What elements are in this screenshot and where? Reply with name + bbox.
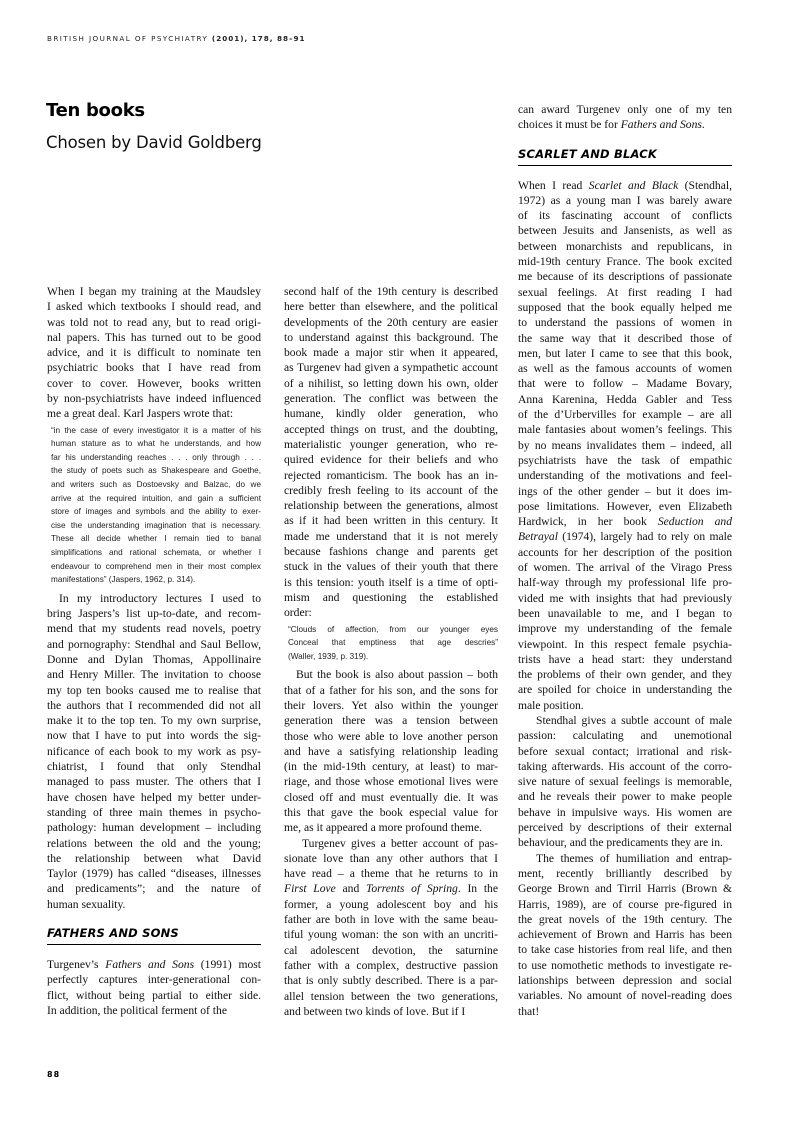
text-line: relations between the old and the young; [47,836,261,851]
citation: (2001), 178, 88–91 [212,34,306,43]
text-line: and between two kinds of love. But if I [284,1004,498,1019]
text-line: But the book is also about passion – bot… [284,667,498,682]
text-line: father are both in love with the same be… [284,912,498,927]
text-run: men, but later I came to see that this b… [518,347,732,360]
text-line: improve my understanding of the female [518,621,732,636]
text-run: father are both in love with the same be… [284,913,498,926]
text-run: half-way through my professional life pr… [518,576,732,589]
scarlet-black-paragraph-3: The themes of humiliation and entrap-men… [518,851,732,1019]
text-line: now that I have to put into words the si… [47,728,261,743]
text-line: perceived by descriptions of their exter… [518,820,732,835]
text-run: tiful young woman: the son with an uncri… [284,928,498,941]
text-line: to understand against this background. T… [284,330,498,345]
text-line: In addition, the political ferment of th… [47,1003,261,1018]
text-line: that is only subtly described. There is … [284,973,498,988]
text-line: allel tension between the two generation… [284,989,498,1004]
text-line: managed to pass muster. The others that … [47,774,261,789]
text-line: men, but later I came to see that this b… [518,346,732,361]
text-run: by no means invalidates them – indeed, a… [518,439,732,452]
text-line: me a great deal. Karl Jaspers wrote that… [47,406,261,421]
text-line: this that gave the book especial value f… [284,805,498,820]
text-run: are spoiled for choice in understanding … [518,683,732,696]
text-line: flict, without being partial to either s… [47,988,261,1003]
text-line: These all decide whether I remain tied t… [51,532,261,546]
text-line: When I began my training at the Maudsley [47,284,261,299]
text-run: to understand the passions of women in [518,316,732,329]
text-run: 1972) as a young man I was barely aware [518,194,732,207]
text-line: been unavailable to me, and I began to [518,606,732,621]
text-run: father with a complex, destructive passi… [284,959,498,972]
text-line: and have a satisfying relationship leadi… [284,744,498,759]
text-run: pose limitations. However, even Elizabet… [518,500,732,513]
text-line: choices it must be for Fathers and Sons. [518,117,732,132]
text-run: and between two kinds of love. But if I [284,1005,465,1018]
text-line: Turgenev’s Fathers and Sons (1991) most [47,957,261,972]
jaspers-quote: “in the case of every investigator it is… [51,424,261,587]
text-run: me because of its descriptions of passio… [518,270,732,283]
text-run: of women. The arrival of the Virago Pres… [518,561,732,574]
italic-title: Torrents of Spring [366,882,458,895]
italic-title: Fathers and Sons [621,118,702,131]
italic-title: Betrayal [518,530,558,543]
intro-paragraph: When I began my training at the Maudsley… [47,284,261,422]
column-3: can award Turgenev only one of my tencho… [518,102,732,1019]
text-line: and pornography: Stendhal and Saul Bello… [47,637,261,652]
text-line: Betrayal (1974), largely had to rely on … [518,529,732,544]
text-line: order: [284,605,498,620]
text-line: can award Turgenev only one of my ten [518,102,732,117]
text-line: are spoiled for choice in understanding … [518,682,732,697]
text-run: perfectly captures inter-generational co… [47,973,261,986]
fathers-sons-paragraph: Turgenev’s Fathers and Sons (1991) mostp… [47,957,261,1018]
text-run: flict, without being partial to either s… [47,989,261,1002]
text-run: former, a young adolescent boy and his [284,898,498,911]
text-line: nal papers. This has turned out to be go… [47,330,261,345]
text-line: variables. No amount of novel-reading do… [518,988,732,1003]
text-run: trists have a head start: they understan… [518,653,732,666]
text-run: understanding of the motivations and fee… [518,469,732,482]
text-run: between Jesuits and Jansenists, as well … [518,224,732,237]
text-run: Hardwick, in her book [518,515,658,528]
text-run: Anna Karenina, Hedda Gabler and Tess [518,393,732,406]
text-line: supposed that the book equally helped me [518,300,732,315]
text-run: of the d’Urbervilles for example – are a… [518,408,732,421]
text-line: and writers such as Dostoevsky and Balza… [51,478,261,492]
text-line: Donne and Dylan Thomas, Appollinaire [47,652,261,667]
text-line: “in the case of every investigator it is… [51,424,261,438]
text-line: before sexual contact; irrational and ri… [518,744,732,759]
text-line: materialistic younger generation, who re… [284,437,498,452]
text-line: have chosen have helped my better under- [47,790,261,805]
text-line: (in the mid-19th century, at least) to m… [284,759,498,774]
section-heading-fathers-and-sons: FATHERS AND SONS [47,926,261,945]
text-run: psychiatrists have the task of empathic [518,454,732,467]
text-line: In my introductory lectures I used to [47,591,261,606]
text-run: that is only subtly described. There is … [284,974,498,987]
italic-title: Seduction and [658,515,732,528]
text-line: cal adolescent devotion, the saturnine [284,943,498,958]
text-line: former, a young adolescent boy and his [284,897,498,912]
text-line: human stature as to what he understands,… [51,437,261,451]
text-line: between monarchists and republicans, in [518,239,732,254]
text-line: to take case histories from real life, a… [518,942,732,957]
italic-title: Fathers and Sons [105,958,194,971]
text-line: rejected romanticism. The book has an in… [284,468,498,483]
text-line: is this tension: youth itself is a time … [284,575,498,590]
text-run: and [336,882,366,895]
text-line: me because of its descriptions of passio… [518,269,732,284]
text-line: as Turgenev had given a sympathetic acco… [284,360,498,375]
paragraph-carry: can award Turgenev only one of my tencho… [518,102,732,133]
paragraph-turgenev-love: Turgenev gives a better account of pas-s… [284,836,498,1020]
text-line: lationships between depression and socia… [518,973,732,988]
text-line: sexual feelings. At first reading I had [518,285,732,300]
text-run: can award Turgenev only one of my ten [518,103,732,116]
text-line: standing of three main themes in psycho- [47,805,261,820]
text-line: the authors that I recommended did not a… [47,698,261,713]
text-line: to understand the passions of women in [518,315,732,330]
text-line: psychiatric books that I have read from [47,360,261,375]
text-run: male fantasies about women’s feelings. T… [518,423,732,436]
text-line: that! [518,1004,732,1019]
text-line: simplifications and rational schemata, o… [51,546,261,560]
text-line: Turgenev gives a better account of pas- [284,836,498,851]
text-line: Hardwick, in her book Seduction and [518,514,732,529]
text-run: that were to follow – Madame Bovary, [518,377,732,390]
text-line: passion: calculating and unemotional [518,728,732,743]
text-line: mism and questioning the established [284,590,498,605]
text-line: far his understanding reaches . . . only… [51,451,261,465]
text-run: the same way that it described those of [518,332,732,345]
text-line: the same way that it described those of [518,331,732,346]
text-line: Taylor (1979) has called “diseases, illn… [47,866,261,881]
text-run: male position. [518,699,584,712]
text-line: humane, kindly older generation, who [284,406,498,421]
text-line: viewpoint. In this respect female psychi… [518,637,732,652]
text-line: accepted things on trust, and the doubti… [284,422,498,437]
text-run: When I read [518,179,589,192]
text-line: taking afterwards. His account of the co… [518,759,732,774]
text-run: Turgenev gives a better account of pas- [302,837,498,850]
text-line: make it to the top ten. To my own surpri… [47,713,261,728]
text-line: advice, and it is difficult to nominate … [47,345,261,360]
scarlet-black-paragraph-2: Stendhal gives a subtle account of malep… [518,713,732,851]
text-line: store of images and symbols and the abil… [51,505,261,519]
text-line: tiful young woman: the son with an uncri… [284,927,498,942]
text-line: human sexuality. [47,897,261,912]
text-line: The themes of humiliation and entrap- [518,851,732,866]
text-run: . [702,118,705,131]
text-line: book made a major stir when it appeared, [284,345,498,360]
text-run: Turgenev’s [47,958,105,971]
text-line: and he reveals their power to make peopl… [518,789,732,804]
text-line: mid-19th century France. The book excite… [518,254,732,269]
text-line: closed off and must eventually die. It w… [284,790,498,805]
text-line: sionate love than any other authors that… [284,851,498,866]
text-run: of its fascinating account of conflicts [518,209,732,222]
text-line: between Jesuits and Jansenists, as well … [518,223,732,238]
text-line: chiatrist, I found that only Stendhal [47,759,261,774]
text-run: have read – a theme that he returns to i… [284,867,498,880]
text-line: ment, recently brilliantly described by [518,866,732,881]
italic-title: Scarlet and Black [589,179,678,192]
column-1: When I began my training at the Maudsley… [47,284,261,1018]
paragraph-continued: second half of the 19th century is descr… [284,284,498,621]
text-line: accounts for her description of the posi… [518,545,732,560]
text-line: sive nature of sexual feelings is memora… [518,774,732,789]
text-line: of the d’Urbervilles for example – are a… [518,407,732,422]
text-run: sionate love than any other authors that… [284,852,498,865]
text-line: pathology: human development – including [47,820,261,835]
text-line: me, as it appeared a more profound theme… [284,820,498,835]
italic-title: First Love [284,882,336,895]
text-line: bring Jaspers’s list up-to-date, and rec… [47,606,261,621]
text-line: (Waller, 1939, p. 319). [288,650,498,664]
text-line: was told not to read any, but to read or… [47,315,261,330]
text-line: perfectly captures inter-generational co… [47,972,261,987]
text-line: endeavour to comprehend men in their mos… [51,560,261,574]
text-line: pose limitations. However, even Elizabet… [518,499,732,514]
text-line: father with a complex, destructive passi… [284,958,498,973]
text-run: been unavailable to me, and I began to [518,607,732,620]
text-run: choices it must be for [518,118,621,131]
section-heading-scarlet-and-black: SCARLET AND BLACK [518,147,732,166]
text-line: George Brown and Tirril Harris (Brown & [518,881,732,896]
text-line: Conceal that emptiness that age descries… [288,636,498,650]
text-line: those who were able to love another pers… [284,729,498,744]
text-line: achievement of Brown and Harris has been [518,927,732,942]
text-run: mid-19th century France. The book excite… [518,255,732,268]
text-line: 1972) as a young man I was barely aware [518,193,732,208]
text-line: developments of the 20th century are eas… [284,315,498,330]
journal-name: BRITISH JOURNAL OF PSYCHIATRY [47,34,208,43]
text-line: by non-psychiatrists have indeed influen… [47,391,261,406]
text-line: their lovers. Yet also within the younge… [284,698,498,713]
text-run: (1974), largely had to rely on male [558,530,732,543]
text-line: generation. The conflict was between the [284,391,498,406]
text-line: Anna Karenina, Hedda Gabler and Tess [518,392,732,407]
text-run: improve my understanding of the female [518,622,732,635]
text-line: the problems of their own gender, and th… [518,667,732,682]
text-run: accounts for her description of the posi… [518,546,732,559]
text-line: nificance of each book to my work as psy… [47,744,261,759]
text-line: because fashions change and parents get [284,544,498,559]
paragraph-2: In my introductory lectures I used tobri… [47,591,261,912]
article-title: Ten books [46,100,145,121]
text-run: cal adolescent devotion, the saturnine [284,944,498,957]
text-line: of women. The arrival of the Virago Pres… [518,560,732,575]
text-line: that of a father for his son, and the so… [284,683,498,698]
text-line: When I read Scarlet and Black (Stendhal, [518,178,732,193]
text-line: have read – a theme that he returns to i… [284,866,498,881]
text-line: that were to follow – Madame Bovary, [518,376,732,391]
text-line: by no means invalidates them – indeed, a… [518,438,732,453]
text-line: “Clouds of affection, from our younger e… [288,623,498,637]
text-line: here better than elsewhere, and the poli… [284,299,498,314]
text-line: ings of the other gender – but it does i… [518,484,732,499]
paragraph-passion: But the book is also about passion – bot… [284,667,498,835]
waller-quote: “Clouds of affection, from our younger e… [288,623,498,664]
text-run: . In the [458,882,498,895]
text-line: quired evidence for their beliefs and wh… [284,452,498,467]
text-line: second half of the 19th century is descr… [284,284,498,299]
text-line: manifestations” (Jaspers, 1962, p. 314). [51,573,261,587]
text-line: of its fascinating account of conflicts [518,208,732,223]
text-run: viewpoint. In this respect female psychi… [518,638,732,651]
text-line: arrive at the required intuition, and ga… [51,492,261,506]
text-line: psychiatrists have the task of empathic [518,453,732,468]
text-line: as well as the famous accounts of women [518,361,732,376]
running-head: BRITISH JOURNAL OF PSYCHIATRY (2001), 17… [47,34,306,43]
text-run: between monarchists and republicans, in [518,240,732,253]
text-run: sexual feelings. At first reading I had [518,286,732,299]
page-number: 88 [47,1070,60,1079]
text-line: as if it had been written in this centur… [284,513,498,528]
text-line: trists have a head start: they understan… [518,652,732,667]
column-2: second half of the 19th century is descr… [284,284,498,1019]
text-line: the great novels of the 19th century. Th… [518,912,732,927]
text-run: as well as the famous accounts of women [518,362,732,375]
text-line: the relationship between what David [47,851,261,866]
text-line: understanding of the motivations and fee… [518,468,732,483]
text-run: (Stendhal, [678,179,732,192]
text-line: and Henry Miller. The invitation to choo… [47,667,261,682]
text-run: (1991) most [194,958,261,971]
text-line: mend that my students read novels, poetr… [47,621,261,636]
text-line: generation there was a tension between [284,713,498,728]
text-line: male fantasies about women’s feelings. T… [518,422,732,437]
text-line: riage, and those whose emotional lives w… [284,774,498,789]
text-line: credibly fresh feeling to its account of… [284,483,498,498]
text-line: vided me with insights that had previous… [518,591,732,606]
text-line: relationship between the generations, al… [284,498,498,513]
text-line: half-way through my professional life pr… [518,575,732,590]
article-subtitle: Chosen by David Goldberg [46,133,262,152]
text-run: allel tension between the two generation… [284,990,498,1003]
text-line: of a nihilist, so letting down his own, … [284,376,498,391]
text-line: Harris, 1989), are of course pre-figured… [518,897,732,912]
text-line: to use nomothetic methods to investigate… [518,958,732,973]
text-run: the problems of their own gender, and th… [518,668,732,681]
text-line: I asked which textbooks I should read, a… [47,299,261,314]
text-line: the study of poets such as Shakespeare a… [51,464,261,478]
text-run: ings of the other gender – but it does i… [518,485,732,498]
text-line: stuck in the values of their youth that … [284,559,498,574]
text-line: my top ten books caused me to realise th… [47,683,261,698]
text-line: cise the understanding imagination that … [51,519,261,533]
text-line: cover to cover. However, books written [47,376,261,391]
text-line: First Love and Torrents of Spring. In th… [284,881,498,896]
scarlet-black-paragraph-1: When I read Scarlet and Black (Stendhal,… [518,178,732,713]
text-line: made me understand that it is not merely [284,529,498,544]
text-run: In addition, the political ferment of th… [47,1004,227,1017]
text-line: male position. [518,698,732,713]
text-run: vided me with insights that had previous… [518,592,732,605]
text-line: behaviour, and the predicaments they are… [518,835,732,850]
text-line: behave in impulsive ways. His women are [518,805,732,820]
text-run: supposed that the book equally helped me [518,301,732,314]
text-line: and predicaments”; and the nature of [47,881,261,896]
text-line: Stendhal gives a subtle account of male [518,713,732,728]
